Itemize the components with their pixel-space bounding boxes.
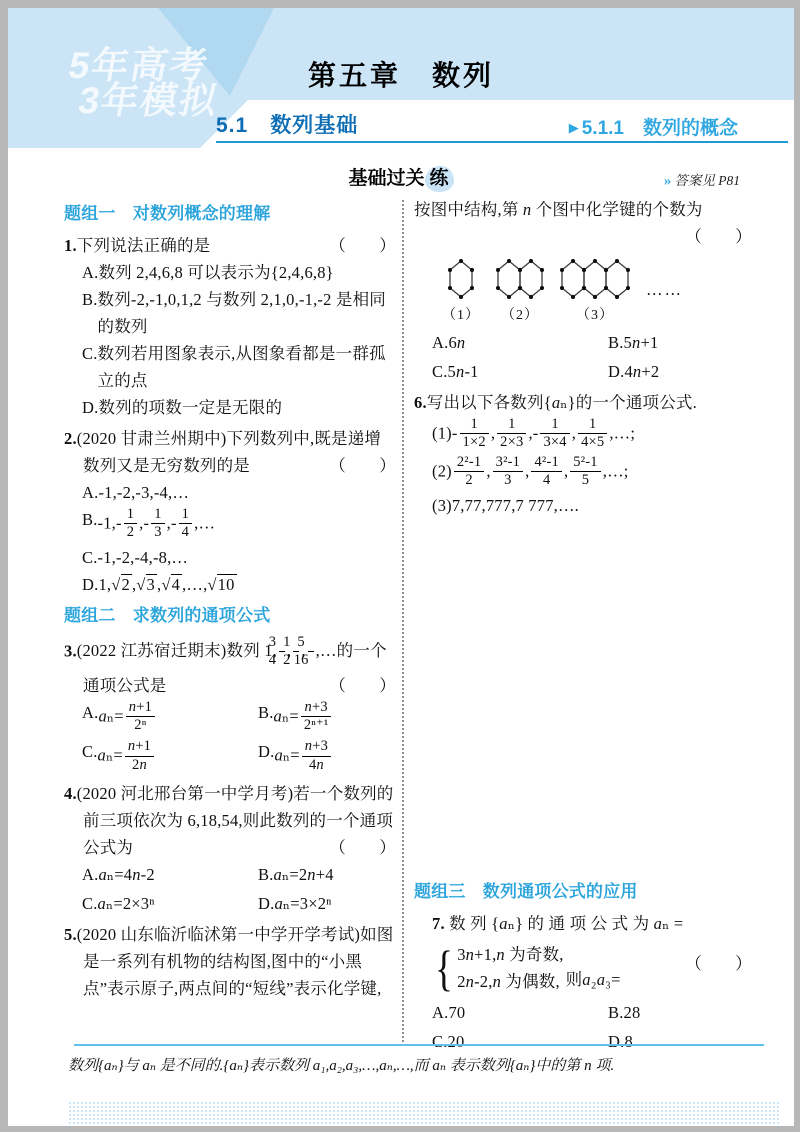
right-column: 按图中结构,第 n 个图中化学键的个数为 （ ） （1） （2） （3） …… — [414, 196, 752, 1048]
question-number: 4. — [64, 784, 77, 803]
question-5-options: A.6n B.5n+1 C.5n-1 D.4n+2 — [432, 329, 752, 385]
section-divider-line — [216, 141, 788, 143]
option-b: B.5n+1 — [608, 329, 752, 356]
chapter-title: 第五章 数列 — [8, 54, 794, 94]
question-3: 3.(2022 江苏宿迁期末)数列 1,34,12,516,…的一个通项公式是 … — [64, 634, 396, 776]
left-brace: { — [435, 946, 453, 991]
sub-item-3: (3)7,77,777,7 777,…. — [432, 492, 752, 519]
subsection-title: ▶5.1.1 数列的概念 — [569, 113, 738, 140]
question-6: 6.写出以下各数列{aₙ}的一个通项公式. (1)-11×2,12×3,-13×… — [414, 389, 752, 519]
option-d: D.4n+2 — [608, 358, 752, 385]
answer-bracket: （ ） — [329, 452, 396, 479]
answer-bracket: （ ） — [329, 834, 396, 861]
piecewise-formula: { 3n+1,n 为奇数, 2n-2,n 为偶数, 则a₂a₃= （ ） — [432, 937, 752, 999]
question-3-stem: 3.(2022 江苏宿迁期末)数列 1,34,12,516,…的一个通项公式是 … — [64, 634, 396, 699]
option-b: B.aₙ=2n+4 — [258, 861, 396, 888]
answer-reference: »答案见 P81 — [664, 169, 740, 190]
group-title-3: 题组三 数列通项公式的应用 — [414, 878, 752, 905]
option-c: C.5n-1 — [432, 358, 608, 385]
subsection-label: 5.1.1 数列的概念 — [582, 118, 738, 139]
piecewise-cases: 3n+1,n 为奇数, 2n-2,n 为偶数, — [457, 941, 563, 995]
sub-item-2: (2)2²-12,3²-13,4²-14,5²-15,…; — [432, 454, 752, 492]
option-d: D.aₙ=n+34n — [258, 738, 396, 776]
question-number: 1. — [64, 236, 77, 255]
question-2: 2.(2020 甘肃兰州期中)下列数列中,既是递增数列又是无穷数列的是 （ ） … — [64, 425, 396, 598]
left-column: 题组一 对数列概念的理解 1.下列说法正确的是 （ ） A.数列 2,4,6,8… — [64, 196, 396, 1006]
then-expression: 则a₂a₃= — [566, 966, 621, 993]
footer-note-text: 数列{aₙ}与 aₙ 是不同的.{aₙ}表示数列 a₁,a₂,a₃,…,aₙ,…… — [38, 1053, 766, 1080]
question-7-stem: 7. 数 列 {aₙ} 的 通 项 公 式 为 aₙ = — [432, 910, 752, 937]
question-7: 7. 数 列 {aₙ} 的 通 项 公 式 为 aₙ = { 3n+1,n 为奇… — [414, 910, 752, 1055]
option-a: A.aₙ=n+12ⁿ — [82, 699, 258, 737]
sub-item-1: (1)-11×2,12×3,-13×4,14×5,…; — [432, 416, 752, 454]
section-title: 5.1 数列基础 — [216, 109, 358, 139]
question-4-options: A.aₙ=4n-2 B.aₙ=2n+4 C.aₙ=2×3ⁿ D.aₙ=3×2ⁿ — [82, 861, 396, 917]
question-number: 7. — [432, 914, 445, 933]
question-number: 5. — [64, 925, 77, 944]
hexagon-structure-2 — [496, 259, 544, 299]
question-4-stem: 4.(2020 河北邢台第一中学月考)若一个数列的前三项依次为 6,18,54,… — [64, 780, 396, 861]
footer-note-divider — [74, 1044, 764, 1046]
group-title-2: 题组二 求数列的通项公式 — [64, 602, 396, 629]
question-2-options: A.-1,-2,-3,-4,… B.-1,-12,-13,-14,… C.-1,… — [82, 479, 396, 598]
case-odd: 3n+1,n 为奇数, — [457, 941, 563, 968]
answer-reference-text: 答案见 P81 — [674, 173, 740, 188]
answer-arrow-icon: » — [664, 173, 672, 189]
question-number: 2. — [64, 429, 77, 448]
case-even: 2n-2,n 为偶数, — [457, 968, 563, 995]
hexagon-structure-3 — [560, 259, 630, 299]
textbook-page: 5年高考 3年模拟 第五章 数列 5.1 数列基础 ▶5.1.1 数列的概念 基… — [8, 8, 794, 1126]
question-1-stem: 1.下列说法正确的是 （ ） — [64, 232, 396, 259]
option-b: B.28 — [608, 999, 752, 1026]
option-b: B.数列-2,-1,0,1,2 与数列 2,1,0,-1,-2 是相同的数列 — [82, 286, 396, 340]
benzene-figure: （1） （2） （3） …… — [442, 259, 752, 325]
question-3-options: A.aₙ=n+12ⁿ B.aₙ=n+32ⁿ⁺¹ C.aₙ=n+12n D.aₙ=… — [82, 699, 396, 777]
group-3-block: 题组三 数列通项公式的应用 7. 数 列 {aₙ} 的 通 项 公 式 为 aₙ… — [414, 874, 752, 1059]
option-b: B.aₙ=n+32ⁿ⁺¹ — [258, 699, 396, 737]
answer-bracket: （ ） — [329, 672, 396, 699]
option-d: D.1,√2,√3,√4,…,√10 — [82, 571, 396, 598]
option-c: C.数列若用图象表示,从图象看都是一群孤立的点 — [82, 340, 396, 394]
question-5-stem: 5.(2020 山东临沂临沭第一中学开学考试)如图是一系列有机物的结构图,图中的… — [64, 921, 396, 1002]
option-a: A.-1,-2,-3,-4,… — [82, 479, 396, 506]
footer-dot-pattern — [68, 1101, 780, 1126]
option-a: A.6n — [432, 329, 608, 356]
group-title-1: 题组一 对数列概念的理解 — [64, 200, 396, 227]
triangle-marker-icon: ▶ — [569, 120, 579, 135]
option-d: D.数列的项数一定是无限的 — [82, 394, 396, 421]
question-1: 1.下列说法正确的是 （ ） A.数列 2,4,6,8 可以表示为{2,4,6,… — [64, 232, 396, 421]
question-6-items: (1)-11×2,12×3,-13×4,14×5,…; (2)2²-12,3²-… — [432, 416, 752, 519]
option-a: A.aₙ=4n-2 — [82, 861, 258, 888]
question-5-right-part: 按图中结构,第 n 个图中化学键的个数为 （ ） （1） （2） （3） …… — [414, 196, 752, 385]
option-c: C.aₙ=2×3ⁿ — [82, 890, 258, 917]
option-b: B.-1,-12,-13,-14,… — [82, 506, 396, 544]
figure-item-1: （1） — [442, 259, 480, 325]
figure-label: （1） — [442, 307, 480, 325]
question-5-left-part: 5.(2020 山东临沂临沭第一中学开学考试)如图是一系列有机物的结构图,图中的… — [64, 921, 396, 1002]
figure-item-2: （2） — [496, 259, 544, 325]
question-4: 4.(2020 河北邢台第一中学月考)若一个数列的前三项依次为 6,18,54,… — [64, 780, 396, 917]
question-2-stem: 2.(2020 甘肃兰州期中)下列数列中,既是递增数列又是无穷数列的是 （ ） — [64, 425, 396, 479]
figure-item-3: （3） — [560, 259, 630, 325]
answer-bracket: （ ） — [685, 950, 752, 977]
answer-bracket: （ ） — [329, 232, 396, 259]
exercise-header-highlight: 练 — [425, 166, 454, 192]
column-divider — [402, 200, 404, 1046]
question-number: 6. — [414, 393, 427, 412]
answer-bracket: （ ） — [414, 223, 752, 250]
question-6-stem: 6.写出以下各数列{aₙ}的一个通项公式. — [414, 389, 752, 416]
figure-ellipsis: …… — [646, 276, 683, 303]
option-a: A.70 — [432, 999, 608, 1026]
exercise-header-text: 基础过关 — [348, 168, 424, 189]
figure-label: （2） — [496, 307, 544, 325]
option-c: C.aₙ=n+12n — [82, 738, 258, 776]
question-5-stem-continuation: 按图中结构,第 n 个图中化学键的个数为 — [414, 196, 752, 223]
option-d: D.aₙ=3×2ⁿ — [258, 890, 396, 917]
option-a: A.数列 2,4,6,8 可以表示为{2,4,6,8} — [82, 259, 396, 286]
figure-label: （3） — [560, 307, 630, 325]
question-1-options: A.数列 2,4,6,8 可以表示为{2,4,6,8} B.数列-2,-1,0,… — [82, 259, 396, 421]
option-c: C.-1,-2,-4,-8,… — [82, 544, 396, 571]
question-number: 3. — [64, 641, 77, 660]
footer-note: 数列{aₙ}与 aₙ 是不同的.{aₙ}表示数列 a₁,a₂,a₃,…,aₙ,…… — [38, 1044, 766, 1080]
hexagon-structure-1 — [448, 259, 474, 299]
